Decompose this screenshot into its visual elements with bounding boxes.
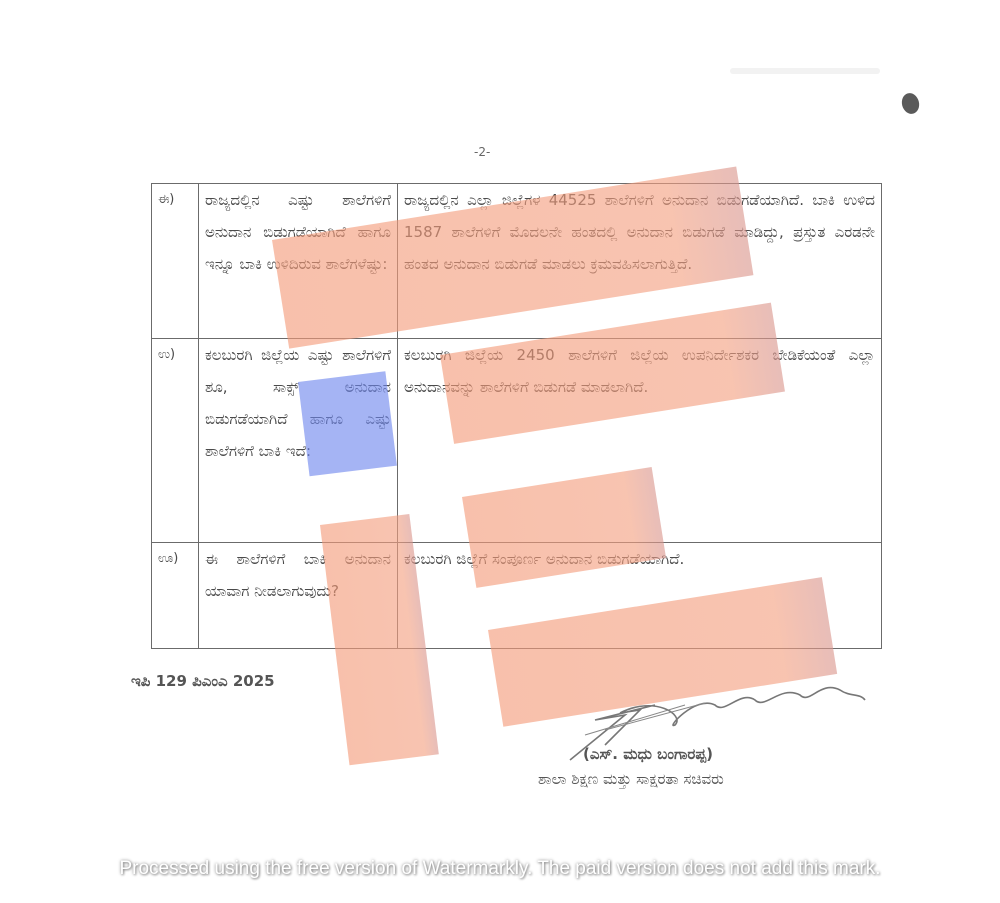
signatory-title: ಶಾಲಾ ಶಿಕ್ಷಣ ಮತ್ತು ಸಾಕ್ಷರತಾ ಸಚಿವರು: [538, 770, 724, 788]
ink-dot: [900, 91, 922, 116]
row-label: ಉ): [152, 339, 199, 543]
watermark-text: Processed using the free version of Wate…: [0, 858, 1000, 880]
row-label: ಈ): [152, 184, 199, 339]
answer-cell: ಕಲಬುರಗಿ ಜಿಲ್ಲೆಗೆ ಸಂಪೂರ್ಣ ಅನುದಾನ ಬಿಡುಗಡೆಯ…: [398, 543, 882, 649]
question-answer-table: ಈ) ರಾಜ್ಯದಲ್ಲಿನ ಎಷ್ಟು ಶಾಲೆಗಳಿಗೆ ಅನುದಾನ ಬಿ…: [151, 183, 882, 649]
answer-cell: ರಾಜ್ಯದಲ್ಲಿನ ಎಲ್ಲಾ ಜಿಲ್ಲೆಗಳ 44525 ಶಾಲೆಗಳಿ…: [398, 184, 882, 339]
table-row: ಈ) ರಾಜ್ಯದಲ್ಲಿನ ಎಷ್ಟು ಶಾಲೆಗಳಿಗೆ ಅನುದಾನ ಬಿ…: [152, 184, 882, 339]
page-number: -2-: [474, 145, 490, 159]
question-cell: ರಾಜ್ಯದಲ್ಲಿನ ಎಷ್ಟು ಶಾಲೆಗಳಿಗೆ ಅನುದಾನ ಬಿಡುಗ…: [199, 184, 398, 339]
row-label: ಊ): [152, 543, 199, 649]
faint-scan-mark: [730, 68, 880, 74]
question-cell: ಕಲಬುರಗಿ ಜಿಲ್ಲೆಯ ಎಷ್ಟು ಶಾಲೆಗಳಿಗೆ ಶೂ, ಸಾಕ್…: [199, 339, 398, 543]
table-row: ಉ) ಕಲಬುರಗಿ ಜಿಲ್ಲೆಯ ಎಷ್ಟು ಶಾಲೆಗಳಿಗೆ ಶೂ, ಸ…: [152, 339, 882, 543]
answer-cell: ಕಲಬುರಗಿ ಜಿಲ್ಲೆಯ 2450 ಶಾಲೆಗಳಿಗೆ ಜಿಲ್ಲೆಯ ಉ…: [398, 339, 882, 543]
reference-number: ಇಪಿ 129 ಪಿಎಂಎ 2025: [131, 672, 275, 690]
table-row: ಊ) ಈ ಶಾಲೆಗಳಿಗೆ ಬಾಕಿ ಅನುದಾನ ಯಾವಾಗ ನೀಡಲಾಗು…: [152, 543, 882, 649]
question-cell: ಈ ಶಾಲೆಗಳಿಗೆ ಬಾಕಿ ಅನುದಾನ ಯಾವಾಗ ನೀಡಲಾಗುವುದ…: [199, 543, 398, 649]
signatory-name: (ಎಸ್. ಮಧು ಬಂಗಾರಪ್ಪ): [583, 745, 713, 763]
